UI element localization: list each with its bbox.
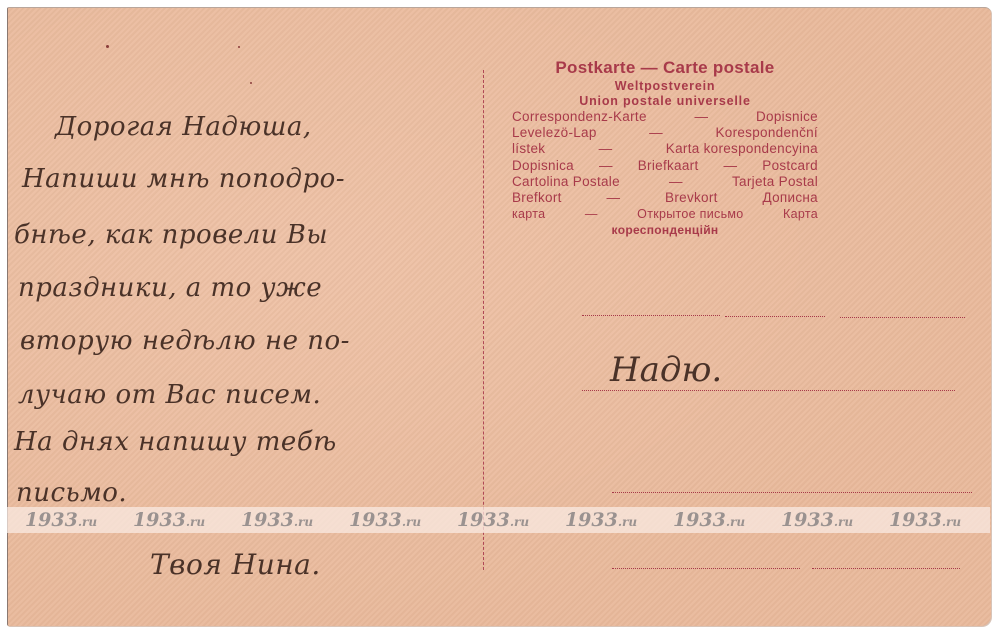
header-line: Brefkort — Brevkort Дописна	[512, 190, 818, 206]
header-title: Postkarte — Carte postale	[512, 57, 818, 79]
message-line: бнѣе, как провели Вы	[14, 220, 328, 250]
watermark-band: 1933.ru 1933.ru 1933.ru 1933.ru 1933.ru …	[7, 507, 990, 533]
ink-spot	[106, 45, 109, 48]
header-subtitle-weltpostverein: Weltpostverein	[512, 79, 818, 94]
address-line-4a	[612, 568, 800, 569]
watermark-text: 1933.ru	[547, 509, 655, 531]
header-line: Cartolina Postale — Tarjeta Postal	[512, 174, 818, 190]
address-line-1a	[582, 315, 720, 316]
header-line: Correspondenz-Karte — Dopisnice	[512, 109, 818, 125]
signature: Твоя Нина.	[150, 548, 321, 581]
card-divider-line	[483, 70, 484, 570]
printed-postcard-header: Postkarte — Carte postale Weltpostverein…	[512, 57, 818, 239]
ink-spot	[238, 46, 240, 48]
header-last-line: кореспонденційн	[512, 222, 818, 238]
message-line: письмо.	[16, 478, 127, 508]
header-line: lístek — Karta korespondencyina	[512, 141, 818, 157]
address-line-2	[582, 390, 955, 391]
watermark-text: 1933.ru	[655, 509, 763, 531]
header-line: карта — Открытое письмо Карта	[512, 206, 818, 222]
message-line: На днях напишу тебѣ	[14, 427, 337, 457]
message-line: Напиши мнѣ поподро-	[22, 164, 345, 194]
address-line-1c	[840, 317, 965, 318]
address-line-3	[612, 492, 972, 493]
recipient-name: Надю.	[610, 350, 722, 390]
header-subtitle-upu: Union postale universelle	[512, 94, 818, 109]
address-line-4b	[812, 568, 960, 569]
watermark-text: 1933.ru	[115, 509, 223, 531]
header-line: Levelezö-Lap — Korespondenční	[512, 125, 818, 141]
message-line: вторую недѣлю не по-	[20, 326, 350, 356]
watermark-text: 1933.ru	[7, 509, 115, 531]
message-line: Дорогая Надюша,	[55, 112, 312, 142]
message-line: лучаю от Вас писем.	[18, 380, 321, 410]
watermark-text: 1933.ru	[439, 509, 547, 531]
address-line-1b	[725, 316, 825, 317]
watermark-text: 1933.ru	[223, 509, 331, 531]
ink-spot	[250, 82, 252, 84]
message-line: праздники, а то уже	[18, 273, 322, 303]
watermark-text: 1933.ru	[331, 509, 439, 531]
watermark-text: 1933.ru	[871, 509, 979, 531]
header-line: Dopisnica — Briefkaart — Postcard	[512, 158, 818, 174]
watermark-text: 1933.ru	[763, 509, 871, 531]
